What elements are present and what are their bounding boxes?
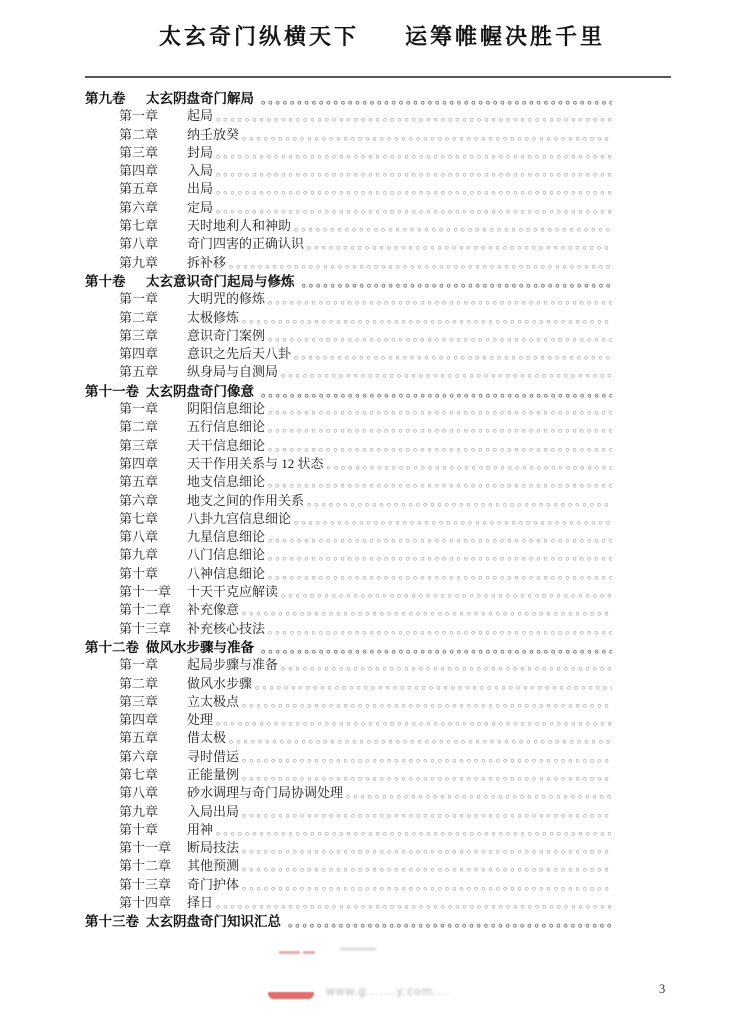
- toc-volume-row: 第九卷太玄阴盘奇门解局。。。。。。。。。。。。。。。。。。。。。。。。。。。。。…: [85, 87, 612, 105]
- chapter-label: 第六章: [119, 490, 187, 509]
- toc-chapter-row: 第二章太极修炼。。。。。。。。。。。。。。。。。。。。。。。。。。。。。。。。。…: [85, 307, 612, 325]
- chapter-title: 正能量例: [187, 764, 242, 783]
- volume-title: 太玄阴盘奇门知识汇总: [146, 910, 288, 930]
- dot-leader: 。。。。。。。。。。。。。。。。。。。。。。。。。。。。。。。。。。。。。。。。…: [346, 785, 612, 801]
- toc-chapter-row: 第十章八神信息细论。。。。。。。。。。。。。。。。。。。。。。。。。。。。。。。…: [85, 563, 612, 581]
- watermark-red-fragment-top: [279, 951, 300, 954]
- chapter-label: 第六章: [119, 746, 187, 765]
- page-number: 3: [659, 982, 665, 997]
- dot-leader: 。。。。。。。。。。。。。。。。。。。。。。。。。。。。。。。。。。。。。。。。…: [255, 676, 612, 692]
- chapter-label: 第十一章: [119, 581, 187, 600]
- toc-chapter-row: 第五章借太极。。。。。。。。。。。。。。。。。。。。。。。。。。。。。。。。。。…: [85, 727, 612, 745]
- toc-chapter-row: 第三章封局。。。。。。。。。。。。。。。。。。。。。。。。。。。。。。。。。。。…: [85, 142, 612, 160]
- chapter-label: 第十三章: [119, 618, 187, 637]
- chapter-title: 地支之间的作用关系: [187, 490, 307, 509]
- chapter-label: 第四章: [119, 343, 187, 362]
- dot-leader: 。。。。。。。。。。。。。。。。。。。。。。。。。。。。。。。。。。。。。。。。…: [229, 255, 612, 271]
- toc-chapter-row: 第九章拆补移。。。。。。。。。。。。。。。。。。。。。。。。。。。。。。。。。。…: [85, 252, 612, 270]
- toc-chapter-row: 第六章定局。。。。。。。。。。。。。。。。。。。。。。。。。。。。。。。。。。。…: [85, 197, 612, 215]
- chapter-label: 第二章: [119, 307, 187, 326]
- chapter-label: 第九章: [119, 801, 187, 820]
- toc-chapter-row: 第四章天干作用关系与 12 状态。。。。。。。。。。。。。。。。。。。。。。。。…: [85, 453, 612, 471]
- toc-chapter-row: 第十三章补充核心技法。。。。。。。。。。。。。。。。。。。。。。。。。。。。。。…: [85, 618, 612, 636]
- chapter-label: 第五章: [119, 178, 187, 197]
- volume-label: 第十卷: [85, 270, 146, 290]
- chapter-title: 八卦九宫信息细论: [187, 508, 294, 527]
- toc-chapter-row: 第四章入局。。。。。。。。。。。。。。。。。。。。。。。。。。。。。。。。。。。…: [85, 160, 612, 178]
- chapter-title: 纳壬放癸: [187, 124, 242, 143]
- toc-chapter-row: 第四章意识之先后天八卦。。。。。。。。。。。。。。。。。。。。。。。。。。。。。…: [85, 343, 612, 361]
- volume-label: 第十一卷: [85, 380, 146, 400]
- chapter-title: 十天干克应解读: [187, 581, 281, 600]
- toc-chapter-row: 第八章奇门四害的正确认识。。。。。。。。。。。。。。。。。。。。。。。。。。。。…: [85, 233, 612, 251]
- chapter-title: 奇门四害的正确认识: [187, 233, 307, 252]
- header-rule: [85, 76, 671, 78]
- chapter-title: 断局技法: [187, 837, 242, 856]
- chapter-label: 第十二章: [119, 855, 187, 874]
- dot-leader: 。。。。。。。。。。。。。。。。。。。。。。。。。。。。。。。。。。。。。。。。…: [268, 291, 612, 307]
- toc-chapter-row: 第十四章择日。。。。。。。。。。。。。。。。。。。。。。。。。。。。。。。。。。…: [85, 892, 612, 910]
- document-page: 太玄奇门纵横天下 运筹帷幄决胜千里 第九卷太玄阴盘奇门解局。。。。。。。。。。。…: [0, 0, 748, 1024]
- toc-chapter-row: 第一章阴阳信息细论。。。。。。。。。。。。。。。。。。。。。。。。。。。。。。。…: [85, 398, 612, 416]
- toc-chapter-row: 第八章砂水调理与奇门局协调处理。。。。。。。。。。。。。。。。。。。。。。。。。…: [85, 782, 612, 800]
- toc-chapter-row: 第七章天时地利人和神助。。。。。。。。。。。。。。。。。。。。。。。。。。。。。…: [85, 215, 612, 233]
- toc-chapter-row: 第四章处理。。。。。。。。。。。。。。。。。。。。。。。。。。。。。。。。。。。…: [85, 709, 612, 727]
- toc-chapter-row: 第七章八卦九宫信息细论。。。。。。。。。。。。。。。。。。。。。。。。。。。。。…: [85, 508, 612, 526]
- dot-leader: 。。。。。。。。。。。。。。。。。。。。。。。。。。。。。。。。。。。。。。。。…: [268, 401, 612, 417]
- dot-leader: 。。。。。。。。。。。。。。。。。。。。。。。。。。。。。。。。。。。。。。。。…: [268, 438, 612, 454]
- chapter-label: 第九章: [119, 544, 187, 563]
- chapter-title: 用神: [187, 819, 216, 838]
- toc-chapter-row: 第二章纳壬放癸。。。。。。。。。。。。。。。。。。。。。。。。。。。。。。。。。…: [85, 124, 612, 142]
- chapter-label: 第四章: [119, 453, 187, 472]
- chapter-title: 补充核心技法: [187, 618, 268, 637]
- dot-leader: 。。。。。。。。。。。。。。。。。。。。。。。。。。。。。。。。。。。。。。。。…: [216, 895, 612, 911]
- dot-leader: 。。。。。。。。。。。。。。。。。。。。。。。。。。。。。。。。。。。。。。。。…: [216, 163, 612, 179]
- toc-chapter-row: 第八章九星信息细论。。。。。。。。。。。。。。。。。。。。。。。。。。。。。。。…: [85, 526, 612, 544]
- chapter-title: 天时地利人和神助: [187, 215, 294, 234]
- dot-leader: 。。。。。。。。。。。。。。。。。。。。。。。。。。。。。。。。。。。。。。。。…: [216, 145, 612, 161]
- chapter-label: 第十四章: [119, 892, 187, 911]
- chapter-title: 封局: [187, 142, 216, 161]
- chapter-title: 其他预测: [187, 855, 242, 874]
- toc-chapter-row: 第二章做风水步骤。。。。。。。。。。。。。。。。。。。。。。。。。。。。。。。。…: [85, 673, 612, 691]
- chapter-title: 地支信息细论: [187, 471, 268, 490]
- dot-leader: 。。。。。。。。。。。。。。。。。。。。。。。。。。。。。。。。。。。。。。。。…: [242, 858, 612, 874]
- chapter-label: 第三章: [119, 142, 187, 161]
- watermark-gray-mark: [340, 948, 376, 950]
- page-header: 太玄奇门纵横天下 运筹帷幄决胜千里: [8, 18, 748, 52]
- dot-leader: 。。。。。。。。。。。。。。。。。。。。。。。。。。。。。。。。。。。。。。。。…: [216, 108, 612, 124]
- chapter-title: 纵身局与自测局: [187, 361, 281, 380]
- volume-title: 做风水步骤与准备: [146, 636, 261, 656]
- chapter-title: 起局: [187, 105, 216, 124]
- chapter-title: 天干作用关系与 12 状态: [187, 453, 327, 472]
- chapter-title: 起局步骤与准备: [187, 654, 281, 673]
- dot-leader: 。。。。。。。。。。。。。。。。。。。。。。。。。。。。。。。。。。。。。。。。…: [281, 657, 612, 673]
- dot-leader: 。。。。。。。。。。。。。。。。。。。。。。。。。。。。。。。。。。。。。。。。…: [268, 419, 612, 435]
- volume-label: 第九卷: [85, 87, 146, 107]
- chapter-title: 砂水调理与奇门局协调处理: [187, 782, 346, 801]
- chapter-label: 第十章: [119, 563, 187, 582]
- chapter-label: 第四章: [119, 160, 187, 179]
- dot-leader: 。。。。。。。。。。。。。。。。。。。。。。。。。。。。。。。。。。。。。。。。…: [261, 640, 612, 656]
- chapter-label: 第十一章: [119, 837, 187, 856]
- toc-chapter-row: 第十章用神。。。。。。。。。。。。。。。。。。。。。。。。。。。。。。。。。。。…: [85, 819, 612, 837]
- toc-chapter-row: 第十二章补充像意。。。。。。。。。。。。。。。。。。。。。。。。。。。。。。。。…: [85, 599, 612, 617]
- watermark-red-fragment-bottom: [268, 992, 314, 999]
- chapter-title: 出局: [187, 178, 216, 197]
- chapter-label: 第二章: [119, 416, 187, 435]
- dot-leader: 。。。。。。。。。。。。。。。。。。。。。。。。。。。。。。。。。。。。。。。。…: [242, 127, 612, 143]
- toc-chapter-row: 第一章起局步骤与准备。。。。。。。。。。。。。。。。。。。。。。。。。。。。。。…: [85, 654, 612, 672]
- chapter-title: 定局: [187, 197, 216, 216]
- dot-leader: 。。。。。。。。。。。。。。。。。。。。。。。。。。。。。。。。。。。。。。。。…: [268, 621, 612, 637]
- chapter-label: 第四章: [119, 709, 187, 728]
- dot-leader: 。。。。。。。。。。。。。。。。。。。。。。。。。。。。。。。。。。。。。。。。…: [302, 274, 613, 290]
- chapter-label: 第一章: [119, 654, 187, 673]
- toc-chapter-row: 第二章五行信息细论。。。。。。。。。。。。。。。。。。。。。。。。。。。。。。。…: [85, 416, 612, 434]
- dot-leader: 。。。。。。。。。。。。。。。。。。。。。。。。。。。。。。。。。。。。。。。。…: [288, 914, 612, 930]
- chapter-title: 做风水步骤: [187, 673, 255, 692]
- volume-title: 太玄阴盘奇门解局: [146, 87, 261, 107]
- chapter-label: 第三章: [119, 691, 187, 710]
- dot-leader: 。。。。。。。。。。。。。。。。。。。。。。。。。。。。。。。。。。。。。。。。…: [294, 511, 612, 527]
- chapter-label: 第一章: [119, 288, 187, 307]
- header-motto-left: 太玄奇门纵横天下: [159, 20, 359, 51]
- dot-leader: 。。。。。。。。。。。。。。。。。。。。。。。。。。。。。。。。。。。。。。。。…: [294, 346, 612, 362]
- chapter-label: 第二章: [119, 124, 187, 143]
- chapter-label: 第二章: [119, 673, 187, 692]
- dot-leader: 。。。。。。。。。。。。。。。。。。。。。。。。。。。。。。。。。。。。。。。。…: [242, 840, 612, 856]
- chapter-label: 第三章: [119, 435, 187, 454]
- dot-leader: 。。。。。。。。。。。。。。。。。。。。。。。。。。。。。。。。。。。。。。。。…: [268, 328, 612, 344]
- header-motto-right: 运筹帷幄决胜千里: [405, 20, 605, 51]
- dot-leader: 。。。。。。。。。。。。。。。。。。。。。。。。。。。。。。。。。。。。。。。。…: [242, 877, 612, 893]
- chapter-title: 大明咒的修炼: [187, 288, 268, 307]
- dot-leader: 。。。。。。。。。。。。。。。。。。。。。。。。。。。。。。。。。。。。。。。。…: [242, 767, 612, 783]
- table-of-contents: 第九卷太玄阴盘奇门解局。。。。。。。。。。。。。。。。。。。。。。。。。。。。。…: [85, 87, 612, 929]
- chapter-title: 拆补移: [187, 252, 229, 271]
- chapter-title: 择日: [187, 892, 216, 911]
- dot-leader: 。。。。。。。。。。。。。。。。。。。。。。。。。。。。。。。。。。。。。。。。…: [268, 547, 612, 563]
- chapter-label: 第五章: [119, 361, 187, 380]
- chapter-label: 第七章: [119, 215, 187, 234]
- dot-leader: 。。。。。。。。。。。。。。。。。。。。。。。。。。。。。。。。。。。。。。。。…: [261, 91, 612, 107]
- chapter-title: 处理: [187, 709, 216, 728]
- toc-chapter-row: 第十一章十天干克应解读。。。。。。。。。。。。。。。。。。。。。。。。。。。。。…: [85, 581, 612, 599]
- chapter-title: 八神信息细论: [187, 563, 268, 582]
- watermark-red-fragment-top2: [303, 951, 315, 954]
- dot-leader: 。。。。。。。。。。。。。。。。。。。。。。。。。。。。。。。。。。。。。。。。…: [242, 310, 612, 326]
- dot-leader: 。。。。。。。。。。。。。。。。。。。。。。。。。。。。。。。。。。。。。。。。…: [268, 566, 612, 582]
- toc-chapter-row: 第九章入局出局。。。。。。。。。。。。。。。。。。。。。。。。。。。。。。。。。…: [85, 801, 612, 819]
- watermark-url-text: www.g.......y.com....: [326, 984, 450, 998]
- chapter-label: 第九章: [119, 252, 187, 271]
- dot-leader: 。。。。。。。。。。。。。。。。。。。。。。。。。。。。。。。。。。。。。。。。…: [216, 200, 612, 216]
- chapter-title: 天干信息细论: [187, 435, 268, 454]
- dot-leader: 。。。。。。。。。。。。。。。。。。。。。。。。。。。。。。。。。。。。。。。。…: [327, 456, 612, 472]
- toc-volume-row: 第十三卷太玄阴盘奇门知识汇总。。。。。。。。。。。。。。。。。。。。。。。。。。…: [85, 910, 612, 928]
- chapter-title: 入局: [187, 160, 216, 179]
- chapter-label: 第五章: [119, 727, 187, 746]
- chapter-title: 八门信息细论: [187, 544, 268, 563]
- chapter-title: 五行信息细论: [187, 416, 268, 435]
- chapter-title: 补充像意: [187, 599, 242, 618]
- chapter-label: 第八章: [119, 782, 187, 801]
- chapter-label: 第五章: [119, 471, 187, 490]
- chapter-title: 入局出局: [187, 801, 242, 820]
- toc-chapter-row: 第九章八门信息细论。。。。。。。。。。。。。。。。。。。。。。。。。。。。。。。…: [85, 544, 612, 562]
- dot-leader: 。。。。。。。。。。。。。。。。。。。。。。。。。。。。。。。。。。。。。。。。…: [307, 236, 612, 252]
- dot-leader: 。。。。。。。。。。。。。。。。。。。。。。。。。。。。。。。。。。。。。。。。…: [294, 218, 612, 234]
- chapter-label: 第三章: [119, 325, 187, 344]
- dot-leader: 。。。。。。。。。。。。。。。。。。。。。。。。。。。。。。。。。。。。。。。。…: [242, 804, 612, 820]
- toc-chapter-row: 第六章地支之间的作用关系。。。。。。。。。。。。。。。。。。。。。。。。。。。。…: [85, 490, 612, 508]
- toc-chapter-row: 第六章寻时借运。。。。。。。。。。。。。。。。。。。。。。。。。。。。。。。。。…: [85, 746, 612, 764]
- chapter-title: 太极修炼: [187, 307, 242, 326]
- toc-volume-row: 第十卷太玄意识奇门起局与修炼。。。。。。。。。。。。。。。。。。。。。。。。。。…: [85, 270, 612, 288]
- chapter-label: 第七章: [119, 508, 187, 527]
- volume-label: 第十二卷: [85, 636, 146, 656]
- dot-leader: 。。。。。。。。。。。。。。。。。。。。。。。。。。。。。。。。。。。。。。。。…: [281, 364, 612, 380]
- chapter-label: 第一章: [119, 105, 187, 124]
- chapter-label: 第八章: [119, 233, 187, 252]
- chapter-title: 立太极点: [187, 691, 242, 710]
- chapter-label: 第十章: [119, 819, 187, 838]
- dot-leader: 。。。。。。。。。。。。。。。。。。。。。。。。。。。。。。。。。。。。。。。。…: [242, 694, 612, 710]
- toc-chapter-row: 第五章纵身局与自测局。。。。。。。。。。。。。。。。。。。。。。。。。。。。。。…: [85, 361, 612, 379]
- toc-chapter-row: 第三章天干信息细论。。。。。。。。。。。。。。。。。。。。。。。。。。。。。。。…: [85, 435, 612, 453]
- chapter-title: 九星信息细论: [187, 526, 268, 545]
- toc-chapter-row: 第五章地支信息细论。。。。。。。。。。。。。。。。。。。。。。。。。。。。。。。…: [85, 471, 612, 489]
- toc-chapter-row: 第一章起局。。。。。。。。。。。。。。。。。。。。。。。。。。。。。。。。。。。…: [85, 105, 612, 123]
- volume-title: 太玄意识奇门起局与修炼: [146, 270, 302, 290]
- chapter-title: 意识奇门案例: [187, 325, 268, 344]
- toc-chapter-row: 第三章立太极点。。。。。。。。。。。。。。。。。。。。。。。。。。。。。。。。。…: [85, 691, 612, 709]
- toc-chapter-row: 第十一章断局技法。。。。。。。。。。。。。。。。。。。。。。。。。。。。。。。。…: [85, 837, 612, 855]
- chapter-label: 第一章: [119, 398, 187, 417]
- toc-chapter-row: 第十二章其他预测。。。。。。。。。。。。。。。。。。。。。。。。。。。。。。。。…: [85, 855, 612, 873]
- dot-leader: 。。。。。。。。。。。。。。。。。。。。。。。。。。。。。。。。。。。。。。。。…: [242, 602, 612, 618]
- toc-volume-row: 第十二卷做风水步骤与准备。。。。。。。。。。。。。。。。。。。。。。。。。。。。…: [85, 636, 612, 654]
- toc-volume-row: 第十一卷太玄阴盘奇门像意。。。。。。。。。。。。。。。。。。。。。。。。。。。。…: [85, 380, 612, 398]
- toc-chapter-row: 第七章正能量例。。。。。。。。。。。。。。。。。。。。。。。。。。。。。。。。。…: [85, 764, 612, 782]
- chapter-title: 意识之先后天八卦: [187, 343, 294, 362]
- toc-chapter-row: 第一章大明咒的修炼。。。。。。。。。。。。。。。。。。。。。。。。。。。。。。。…: [85, 288, 612, 306]
- dot-leader: 。。。。。。。。。。。。。。。。。。。。。。。。。。。。。。。。。。。。。。。。…: [229, 730, 612, 746]
- dot-leader: 。。。。。。。。。。。。。。。。。。。。。。。。。。。。。。。。。。。。。。。。…: [216, 712, 612, 728]
- dot-leader: 。。。。。。。。。。。。。。。。。。。。。。。。。。。。。。。。。。。。。。。。…: [242, 749, 612, 765]
- dot-leader: 。。。。。。。。。。。。。。。。。。。。。。。。。。。。。。。。。。。。。。。。…: [268, 474, 612, 490]
- toc-chapter-row: 第十三章奇门护体。。。。。。。。。。。。。。。。。。。。。。。。。。。。。。。。…: [85, 874, 612, 892]
- dot-leader: 。。。。。。。。。。。。。。。。。。。。。。。。。。。。。。。。。。。。。。。。…: [281, 584, 612, 600]
- chapter-label: 第十三章: [119, 874, 187, 893]
- dot-leader: 。。。。。。。。。。。。。。。。。。。。。。。。。。。。。。。。。。。。。。。。…: [307, 493, 612, 509]
- toc-chapter-row: 第五章出局。。。。。。。。。。。。。。。。。。。。。。。。。。。。。。。。。。。…: [85, 178, 612, 196]
- volume-title: 太玄阴盘奇门像意: [146, 380, 261, 400]
- chapter-title: 借太极: [187, 727, 229, 746]
- dot-leader: 。。。。。。。。。。。。。。。。。。。。。。。。。。。。。。。。。。。。。。。。…: [261, 384, 612, 400]
- chapter-label: 第六章: [119, 197, 187, 216]
- dot-leader: 。。。。。。。。。。。。。。。。。。。。。。。。。。。。。。。。。。。。。。。。…: [268, 529, 612, 545]
- volume-label: 第十三卷: [85, 910, 146, 930]
- dot-leader: 。。。。。。。。。。。。。。。。。。。。。。。。。。。。。。。。。。。。。。。。…: [216, 822, 612, 838]
- chapter-label: 第七章: [119, 764, 187, 783]
- chapter-title: 阴阳信息细论: [187, 398, 268, 417]
- chapter-title: 寻时借运: [187, 746, 242, 765]
- chapter-label: 第十二章: [119, 599, 187, 618]
- chapter-label: 第八章: [119, 526, 187, 545]
- toc-chapter-row: 第三章意识奇门案例。。。。。。。。。。。。。。。。。。。。。。。。。。。。。。。…: [85, 325, 612, 343]
- chapter-title: 奇门护体: [187, 874, 242, 893]
- dot-leader: 。。。。。。。。。。。。。。。。。。。。。。。。。。。。。。。。。。。。。。。。…: [216, 181, 612, 197]
